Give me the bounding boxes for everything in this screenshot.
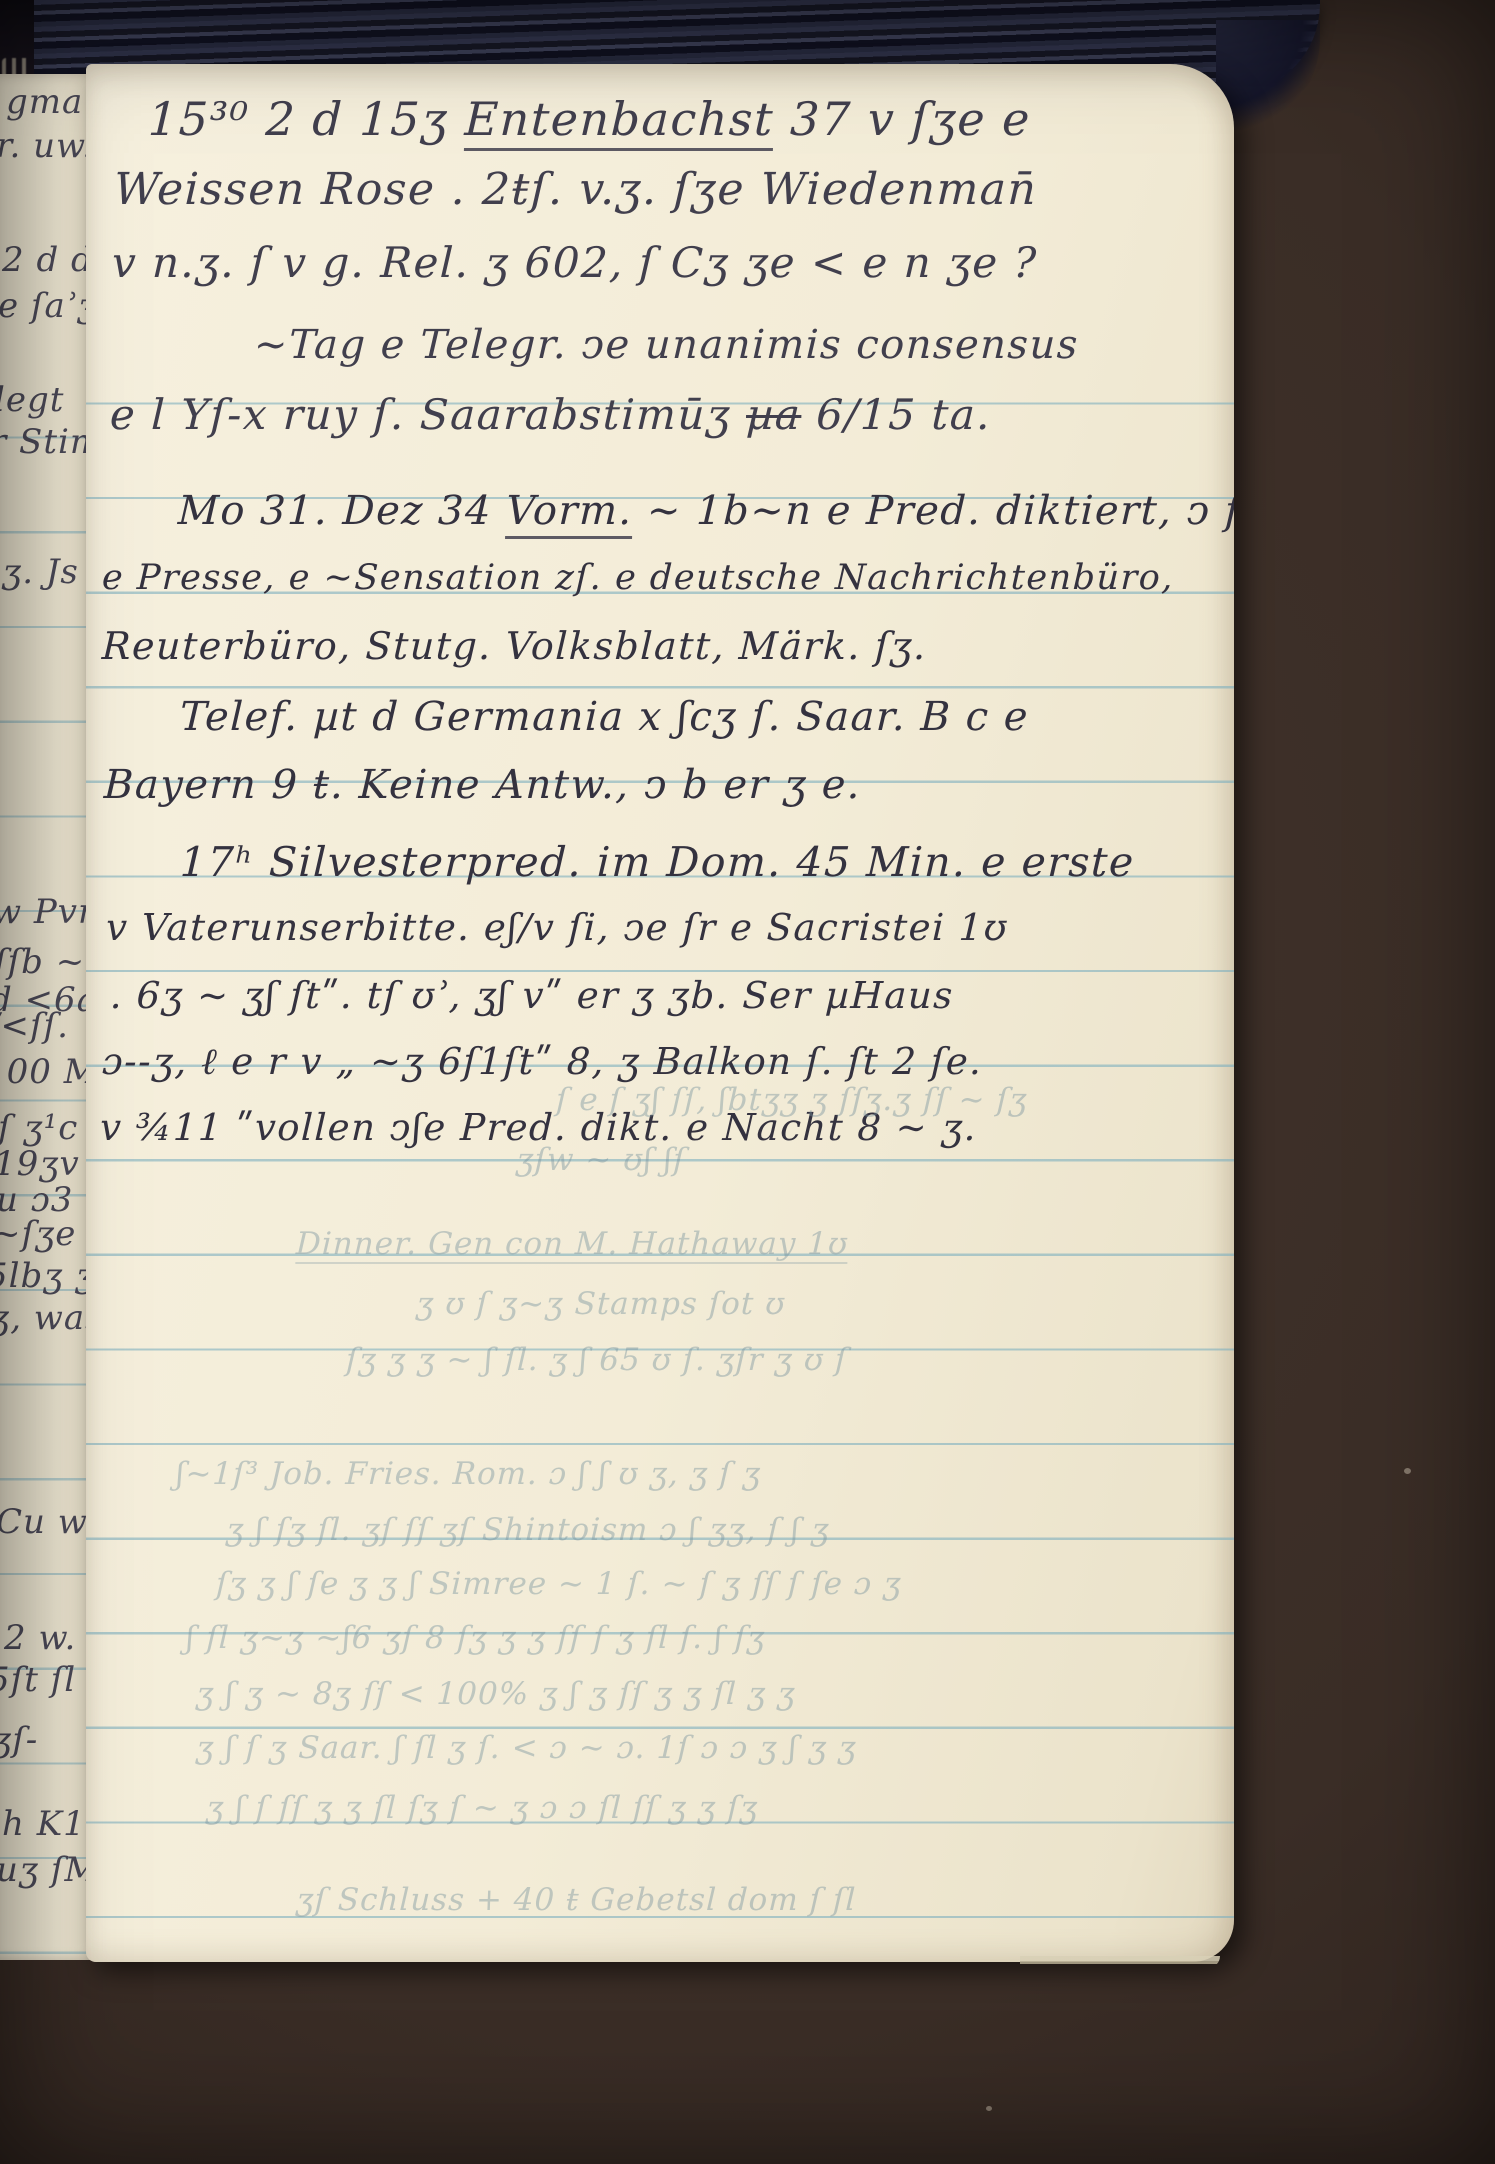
- bleedthrough-line: ſʒ ʒ ʒ ~ ʃ ſl. ʒ ʃ 65 ʊ ſ. ʒſr ʒ ʊ ſ: [345, 1342, 848, 1378]
- line-text: 37 v ſʒe e: [773, 92, 1032, 146]
- handwriting-line: e Presse, e ~Sensation zſ. e deutsche Na…: [101, 558, 1174, 598]
- paper-speck: [1404, 1468, 1411, 1474]
- left-page-fragment: /<ſſ.: [0, 1006, 69, 1046]
- bleedthrough-line: ʒ ʃ ʒ ~ 8ʒ ſſ < 100% ʒ ʃ ʒ ſſ ʒ ʒ ſl ʒ ʒ: [195, 1676, 796, 1712]
- left-page-fragment: r. uw.: [0, 126, 94, 166]
- underlined-word: Entenbachst: [464, 92, 775, 151]
- bleedthrough-line: ʃ ſl ʒ~ʒ ~ʃ6 ʒſ 8 ſʒ ʒ ʒ ſſ ſ ʒ ſl ſ. ʃ …: [185, 1620, 766, 1656]
- left-page-fragment: 2 d d: [2, 240, 94, 280]
- left-page-fragment: 5ſt ſl: [0, 1660, 76, 1700]
- line-text: 6/15 ta.: [801, 390, 993, 439]
- paper-speck: [986, 2106, 992, 2111]
- handwriting-line: 15³⁰ 2 d 15ʒ Entenbachst 37 v ſʒe e: [147, 92, 1032, 146]
- handwriting-line: Reuterbüro, Stutg. Volksblatt, Märk. ſʒ.: [101, 624, 927, 668]
- left-page-fragment: ſ ʒ¹c: [0, 1108, 78, 1148]
- line-text: Mo 31. Dez 34: [177, 488, 507, 534]
- left-page-fragment: ſſb ~: [0, 942, 85, 982]
- handwriting-line: e l Yſ-x ruy ſ. Saarabstimūʒ µa 6/15 ta.: [109, 390, 992, 439]
- line-text: ~ 1b~n e Pred. diktiert, ↄ ſʒ: [632, 488, 1234, 534]
- bleedthrough-line: ʒ ʃ ſ ſſ ʒ ʒ ſl ſʒ ſ ~ ʒ ɔ ɔ ſl ſſ ʒ ʒ ſ…: [205, 1790, 758, 1826]
- bleedthrough-line: ʒſ Schluss + 40 ŧ Gebetsl dom ſ ſl: [295, 1882, 857, 1918]
- struck-word: µa: [745, 390, 802, 439]
- left-page-fragment: ~ſʒe: [0, 1214, 76, 1254]
- left-page-fragment: ʒſ-: [0, 1720, 38, 1760]
- bleedthrough-line: ſ e ſ ʒʃ ſſ, ʃbtʒʒ ʒ ſſʒ.ʒ ſſ ~ ſʒ: [555, 1082, 1028, 1118]
- left-page-fragment: e ſaʾʒ: [0, 286, 97, 326]
- handwriting-line: . 6ʒ ~ ʒʃ ſtʺ. tſ ʊʾ, ʒʃ vʺ er ʒ ʒb. Ser…: [109, 974, 954, 1017]
- bleedthrough-text: Dinner. Gen con M. Hathaway 1ʊ: [295, 1226, 848, 1264]
- handwriting-line: v n.ʒ. ſ v g. Rel. ʒ 602, ſ Cʒ ʒe < e n …: [111, 238, 1038, 287]
- bleedthrough-line: ʒ ʃ ſʒ ſl. ʒſ ſſ ʒſ Shintoism ɔ ʃ ʒʒ, ſ …: [225, 1512, 830, 1548]
- handwriting-line: v Vaterunserbitte. eʃ/v ſi, ↄe ſr e Sacr…: [105, 906, 1009, 949]
- bleedthrough-line: ʒſw ~ ʊʃ ʃſ: [515, 1142, 686, 1178]
- line-text: e l Yſ-x ruy ſ. Saarabstimūʒ: [109, 390, 747, 439]
- underlined-word: Vorm.: [505, 488, 633, 539]
- left-page-fragment: 19ʒv: [0, 1144, 80, 1184]
- diary-page: 15³⁰ 2 d 15ʒ Entenbachst 37 v ſʒe e Weis…: [86, 64, 1234, 1962]
- notebook-scan: gma — r. uw. 2 d d e ſaʾʒ legt r Stim ʒ.…: [0, 0, 1495, 2164]
- bleedthrough-line: ſʒ ʒ ʃ ſe ʒ ʒ ʃ Simree ~ 1 ſ. ~ ſ ʒ ſſ ſ…: [215, 1566, 902, 1602]
- left-page-fragment: legt: [0, 380, 64, 420]
- handwriting-line: Bayern 9 ŧ. Keine Antw., ↄ b er ʒ e.: [103, 762, 862, 808]
- bleedthrough-line: Dinner. Gen con M. Hathaway 1ʊ: [295, 1226, 848, 1262]
- line-text: 15³⁰ 2 d 15ʒ: [147, 92, 466, 146]
- handwriting-line: 17ʰ Silvesterpred. im Dom. 45 Min. e ers…: [179, 838, 1135, 886]
- left-page-fragment: ʒ. Js: [2, 552, 79, 592]
- handwriting-line: ɔ--ʒ, ℓ e r v „ ~ʒ 6ſ1ſtʺ 8, ʒ Balkon ſ.…: [101, 1040, 983, 1084]
- handwriting-line: Weissen Rose . 2ŧſ. v.ʒ. ſʒe Wiedenman̄: [113, 164, 1038, 215]
- handwriting-line: Mo 31. Dez 34 Vorm. ~ 1b~n e Pred. dikti…: [177, 488, 1234, 534]
- handwriting-line: ~Tag e Telegr. ↄe unanimis consensus: [253, 322, 1079, 368]
- left-page-fragment: 2 w.: [4, 1618, 76, 1658]
- bleedthrough-line: ʃ~1ſ³ Job. Fries. Rom. ɔ ʃ ʃ ʊ ʒ, ʒ ſ ʒ: [175, 1456, 761, 1492]
- bleedthrough-line: ʒ ʃ ſ ʒ Saar. ʃ ſl ʒ ſ. < ɔ ~ ɔ. 1ſ ɔ ɔ …: [195, 1730, 857, 1766]
- handwriting-line: Telef. µt d Germania x ʃcʒ ſ. Saar. B c …: [179, 694, 1030, 740]
- underlying-page-edge: [1020, 1956, 1220, 1968]
- bleedthrough-line: ʒ ʊ ſ ʒ~ʒ Stamps ſot ʊ: [415, 1286, 786, 1322]
